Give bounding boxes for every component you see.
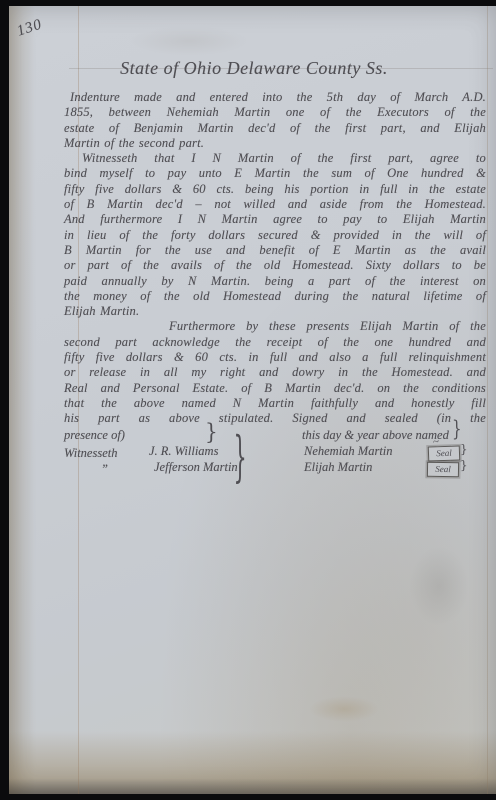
ditto-mark: ” [101, 462, 108, 477]
witness-signature-2: Jefferson Martin [154, 460, 238, 475]
signer-signature-1: Nehemiah Martin [304, 444, 393, 459]
witnesseth-label: Witnesseth [64, 446, 117, 461]
seal-brace-glyph: } [460, 458, 468, 472]
day-year-text: this day & year above named [302, 428, 449, 443]
manuscript-line: fifty five dollars & 60 cts. being his p… [64, 182, 486, 197]
presence-of-text: presence of) [64, 428, 125, 443]
witness-signature-1: J. R. Williams [149, 444, 218, 459]
manuscript-line: Elijah Martin. [64, 304, 486, 319]
document-title: State of Ohio Delaware County Ss. [99, 58, 409, 79]
manuscript-line: And furthermore I N Martin agree to pay … [64, 212, 486, 227]
manuscript-line: that the above named N Martin faithfully… [64, 396, 486, 411]
manuscript-line: of B Martin dec'd – not willed and aside… [64, 197, 486, 212]
manuscript-line: the money of the old Homestead during th… [64, 289, 486, 304]
witness-brace-glyph: } [233, 424, 246, 489]
paper-stain [409, 546, 469, 626]
manuscript-line: in lieu of the forty dollars secured & p… [64, 228, 486, 243]
manuscript-line: Furthermore by these presents Elijah Mar… [64, 319, 486, 334]
page-number: 130 [15, 16, 45, 40]
signer-signature-2: Elijah Martin [304, 460, 372, 475]
manuscript-line: or release in all my right and dowry in … [64, 365, 486, 380]
scanned-page-photo: 130 State of Ohio Delaware County Ss. In… [0, 0, 496, 800]
manuscript-line: B Martin for the use and benefit of E Ma… [64, 243, 486, 258]
manuscript-line: paid annually by N Martin. being a part … [64, 274, 486, 289]
ledger-paper: 130 State of Ohio Delaware County Ss. In… [9, 6, 496, 794]
seal-stamp-2: Seal [427, 462, 459, 478]
manuscript-line: Witnesseth that I N Martin of the first … [64, 151, 486, 166]
page-edge-line [487, 6, 488, 794]
manuscript-line: or part of the avails of the old Homeste… [64, 258, 486, 273]
manuscript-line: second part acknowledge the receipt of t… [64, 335, 486, 350]
seal-stamp-1: Seal [428, 445, 461, 461]
manuscript-line: Indenture made and entered into the 5th … [64, 90, 486, 105]
manuscript-line: fifty five dollars & 60 cts. in full and… [64, 350, 486, 365]
paper-stain [129, 26, 249, 56]
manuscript-line: 1855, between Nehemiah Martin one of the… [64, 105, 486, 120]
manuscript-line: estate of Benjamin Martin dec'd of the f… [64, 121, 486, 136]
paper-stain [309, 696, 379, 722]
manuscript-line: Real and Personal Estate. of B Martin de… [64, 381, 486, 396]
manuscript-lines: Indenture made and entered into the 5th … [64, 90, 486, 427]
manuscript-line: his part as above stipulated. Signed and… [64, 411, 486, 426]
manuscript-line: bind myself to pay unto E Martin the sum… [64, 166, 486, 181]
seal-brace-glyph: } [460, 442, 468, 456]
manuscript-line: Martin of the second part. [64, 136, 486, 151]
seal-flourish: ~ [432, 436, 440, 449]
